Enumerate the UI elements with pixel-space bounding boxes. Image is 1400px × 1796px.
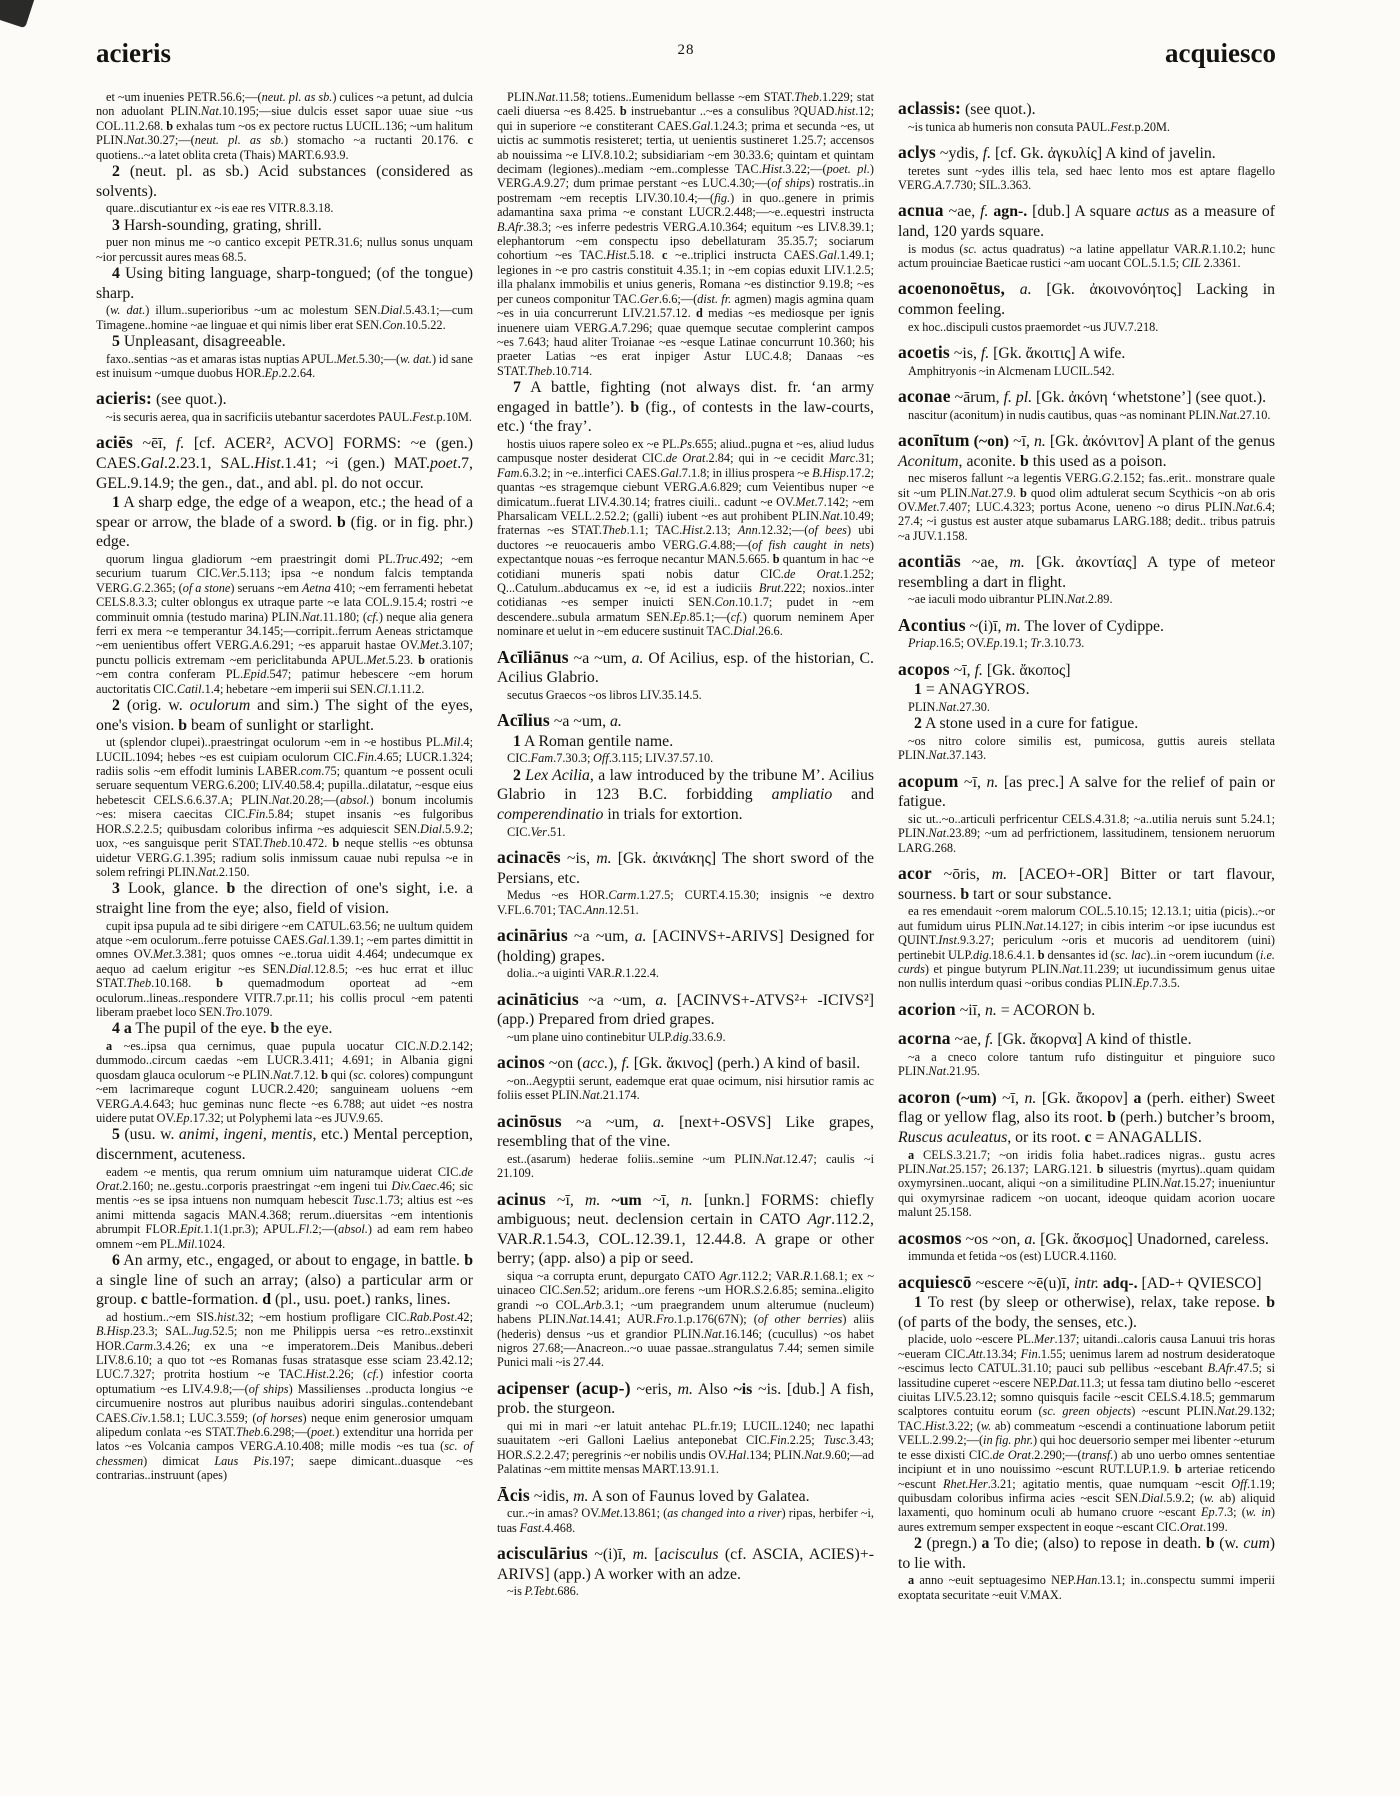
sense-number: 2 [914, 1535, 922, 1552]
sense-paragraph: 5 (usu. w. animi, ingeni, mentis, etc.) … [96, 1125, 473, 1164]
sense-paragraph: 2 (pregn.) a To die; (also) to repose in… [898, 1534, 1275, 1573]
quotation-paragraph: puer non minus me ~o cantico excepit PET… [96, 235, 473, 264]
text-columns: et ~um inuenies PETR.56.6;—(neut. pl. as… [96, 90, 1275, 1602]
quotation-paragraph: a CELS.3.21.7; ~on iridis folia habet..r… [898, 1148, 1275, 1220]
headword: Acontius [898, 615, 966, 635]
quotation-paragraph: sic ut..~o..articuli perfricentur CELS.4… [898, 812, 1275, 855]
headword: Acīliānus [497, 647, 569, 667]
sense-number: 2 [112, 697, 120, 714]
entry-paragraph: aciēs ~ēī, f. [cf. ACER², ACVO] FORMS: ~… [96, 433, 473, 493]
entry-paragraph: acipenser (acup-) ~eris, m. Also ~is ~is… [497, 1379, 874, 1419]
quotation-paragraph: ~os nitro colore similis est, pumicosa, … [898, 734, 1275, 763]
quotation-paragraph: cur..~in amas? OV.Met.13.861; (as change… [497, 1506, 874, 1535]
entry-paragraph: acosmos ~os ~on, a. [Gk. ἄκοσμος] Unador… [898, 1229, 1275, 1250]
entry-paragraph: acopum ~ī, n. [as prec.] A salve for the… [898, 772, 1275, 812]
headword: acorion [898, 999, 956, 1019]
entry-paragraph: acontiās ~ae, m. [Gk. ἀκοντίας] A type o… [898, 552, 1275, 592]
sense-number: 2 [914, 715, 922, 732]
quotation-paragraph: dolia..~a uiginti VAR.R.1.22.4. [497, 966, 874, 980]
sense-number: 5 [112, 333, 120, 350]
sense-paragraph: 1 = ANAGYROS. [898, 680, 1275, 700]
entry-paragraph: Acīliānus ~a ~um, a. Of Acilius, esp. of… [497, 648, 874, 688]
sense-paragraph: 5 Unpleasant, disagreeable. [96, 332, 473, 352]
headword: acieris: [96, 388, 152, 408]
entry-paragraph: aclassis: (see quot.). [898, 99, 1275, 120]
quotation-paragraph: ex hoc..discipuli custos praemordet ~us … [898, 320, 1275, 334]
entry-paragraph: Acīlius ~a ~um, a. [497, 711, 874, 732]
sense-number: 4 [112, 265, 120, 282]
headword: aclys [898, 142, 936, 162]
entry-paragraph: acinārius ~a ~um, a. [ACINVS+-ARIVS] Des… [497, 926, 874, 966]
quotation-paragraph: Priap.16.5; OV.Ep.19.1; Tr.3.10.73. [898, 636, 1275, 650]
entry-paragraph: acieris: (see quot.). [96, 389, 473, 410]
quotation-paragraph: qui mi in mari ~er latuit antehac PL.fr.… [497, 1419, 874, 1477]
column: aclassis: (see quot.).~is tunica ab hume… [898, 90, 1275, 1602]
entry-paragraph: acinacēs ~is, m. [Gk. ἀκινάκης] The shor… [497, 848, 874, 888]
entry-paragraph: acquiescō ~escere ~ē(u)ī, intr. adq-. [A… [898, 1273, 1275, 1294]
sense-number: 1 [914, 1294, 922, 1311]
running-head-last-word: acquiesco [1165, 38, 1276, 69]
quotation-paragraph: ut (splendor clupei)..praestringat oculo… [96, 735, 473, 879]
sense-number: 4 [112, 1020, 120, 1037]
sense-number: 2 [513, 767, 521, 784]
quotation-paragraph: placide, uolo ~escere PL.Mer.137; uitand… [898, 1332, 1275, 1534]
quotation-paragraph: CIC.Fam.7.30.3; Off.3.115; LIV.37.57.10. [497, 751, 874, 765]
quotation-paragraph: PLIN.Nat.11.58; totiens..Eumenidum bella… [497, 90, 874, 378]
quotation-paragraph: ea res emendauit ~orem malorum COL.5.10.… [898, 904, 1275, 990]
entry-paragraph: acoenonoētus, a. [Gk. ἀκοινονόητος] Lack… [898, 279, 1275, 319]
entry-paragraph: acorion ~iī, n. = ACORON b. [898, 1000, 1275, 1021]
quotation-paragraph: nascitur (aconitum) in nudis cautibus, q… [898, 408, 1275, 422]
headword: acinos [497, 1052, 545, 1072]
headword: acinōsus [497, 1111, 562, 1131]
entry-paragraph: aconītum (~on) ~ī, n. [Gk. ἀκόνιτον] A p… [898, 431, 1275, 471]
sense-paragraph: 2 A stone used in a cure for fatigue. [898, 714, 1275, 734]
quotation-paragraph: PLIN.Nat.27.30. [898, 700, 1275, 714]
headword: acinacēs [497, 847, 561, 867]
sense-number: 7 [513, 379, 521, 396]
sense-paragraph: 2 (orig. w. oculorum and sim.) The sight… [96, 696, 473, 735]
quotation-paragraph: nec miseros fallunt ~a legentis VERG.G.2… [898, 471, 1275, 543]
headword: acopos [898, 659, 950, 679]
quotation-paragraph: (w. dat.) illum..superioribus ~um ac mol… [96, 303, 473, 332]
quotation-paragraph: a ~es..ipsa qua cernimus, quae pupula uo… [96, 1039, 473, 1125]
headword: acnua [898, 200, 944, 220]
quotation-paragraph: Medus ~es HOR.Carm.1.27.5; CURT.4.15.30;… [497, 888, 874, 917]
quotation-paragraph: secutus Graecos ~os libros LIV.35.14.5. [497, 688, 874, 702]
quotation-paragraph: siqua ~a corrupta erunt, depurgato CATO … [497, 1269, 874, 1370]
sense-paragraph: 2 Lex Acilia, a law introduced by the tr… [497, 766, 874, 825]
headword: acquiescō [898, 1272, 972, 1292]
sense-paragraph: 1 To rest (by sleep or otherwise), relax… [898, 1293, 1275, 1332]
headword: acinārius [497, 925, 568, 945]
quotation-paragraph: ~is P.Tebt.686. [497, 1584, 874, 1598]
entry-paragraph: acinōsus ~a ~um, a. [next+-OSVS] Like gr… [497, 1112, 874, 1152]
headword: acoron [898, 1087, 950, 1107]
headword: acopum [898, 771, 959, 791]
quotation-paragraph: quare..discutiantur ex ~is eae res VITR.… [96, 201, 473, 215]
sense-paragraph: 4 Using biting language, sharp-tongued; … [96, 264, 473, 303]
entry-paragraph: Acontius ~(i)ī, m. The lover of Cydippe. [898, 616, 1275, 637]
headword: acipenser (acup-) [497, 1378, 631, 1398]
quotation-paragraph: cupit ipsa pupula ad te sibi dirigere ~e… [96, 919, 473, 1020]
sense-paragraph: 1 A Roman gentile name. [497, 732, 874, 752]
entry-paragraph: acisculārius ~(i)ī, m. [acisculus (cf. A… [497, 1544, 874, 1584]
headword: acisculārius [497, 1543, 588, 1563]
sense-number: 5 [112, 1126, 120, 1143]
quotation-paragraph: hostis uiuos rapere soleo ex ~e PL.Ps.65… [497, 437, 874, 639]
sense-number: 1 [914, 681, 922, 698]
headword: aconae [898, 386, 951, 406]
dictionary-page: acieris 28 acquiesco et ~um inuenies PET… [0, 0, 1400, 1796]
scan-artifact [0, 0, 37, 28]
headword: aconītum [898, 430, 970, 450]
sense-number: 6 [112, 1252, 120, 1269]
entry-paragraph: acopos ~ī, f. [Gk. ἄκοπος] [898, 660, 1275, 681]
running-head-first-word: acieris [96, 38, 171, 69]
quotation-paragraph: Amphitryonis ~in Alcmenam LUCIL.542. [898, 364, 1275, 378]
entry-paragraph: acoron (~um) ~ī, n. [Gk. ἄκορον] a (perh… [898, 1088, 1275, 1148]
headword: acor [898, 863, 932, 883]
sense-number: 3 [112, 217, 120, 234]
quotation-paragraph: et ~um inuenies PETR.56.6;—(neut. pl. as… [96, 90, 473, 162]
entry-paragraph: acinos ~on (acc.), f. [Gk. ἄκινος] (perh… [497, 1053, 874, 1074]
headword: Ācis [497, 1485, 530, 1505]
sense-number: 2 [112, 163, 120, 180]
quotation-paragraph: ~ae iaculi modo uibrantur PLIN.Nat.2.89. [898, 592, 1275, 606]
quotation-paragraph: is modus (sc. actus quadratus) ~a latine… [898, 242, 1275, 271]
sense-number: 1 [513, 733, 521, 750]
entry-paragraph: acor ~ōris, m. [ACEO+-OR] Bitter or tart… [898, 864, 1275, 904]
sense-number: 1 [112, 494, 120, 511]
sense-number: 3 [112, 880, 120, 897]
sense-paragraph: 3 Harsh-sounding, grating, shrill. [96, 216, 473, 236]
page-number: 28 [678, 42, 695, 59]
quotation-paragraph: faxo..sentias ~as et amaras istas nuptia… [96, 352, 473, 381]
running-head: acieris 28 acquiesco [96, 38, 1276, 74]
headword: aciēs [96, 432, 133, 452]
quotation-paragraph: immunda et fetida ~os (est) LUCR.4.1160. [898, 1249, 1275, 1263]
entry-paragraph: acinus ~ī, m. ~um ~ī, n. [unkn.] FORMS: … [497, 1190, 874, 1269]
quotation-paragraph: ~on..Aegyptii serunt, eademque erat quae… [497, 1074, 874, 1103]
sense-paragraph: 2 (neut. pl. as sb.) Acid substances (co… [96, 162, 473, 201]
entry-paragraph: aconae ~ārum, f. pl. [Gk. ἀκόνη ‘whetsto… [898, 387, 1275, 408]
sense-paragraph: 1 A sharp edge, the edge of a weapon, et… [96, 493, 473, 552]
quotation-paragraph: ~is tunica ab humeris non consuta PAUL.F… [898, 120, 1275, 134]
entry-paragraph: acināticius ~a ~um, a. [ACINVS+-ATVS²+ -… [497, 990, 874, 1030]
headword: acināticius [497, 989, 579, 1009]
quotation-paragraph: CIC.Ver.51. [497, 825, 874, 839]
column: PLIN.Nat.11.58; totiens..Eumenidum bella… [497, 90, 874, 1602]
entry-paragraph: acnua ~ae, f. agn-. [dub.] A square actu… [898, 201, 1275, 241]
headword: Acīlius [497, 710, 550, 730]
headword: acinus [497, 1189, 546, 1209]
sense-paragraph: 6 An army, etc., engaged, or about to en… [96, 1251, 473, 1310]
entry-paragraph: acoetis ~is, f. [Gk. ἄκοιτις] A wife. [898, 343, 1275, 364]
quotation-paragraph: quorum lingua gladiorum ~em praestringit… [96, 552, 473, 696]
quotation-paragraph: teretes sunt ~ydes illis tela, sed haec … [898, 164, 1275, 193]
column: et ~um inuenies PETR.56.6;—(neut. pl. as… [96, 90, 473, 1602]
quotation-paragraph: est..(asarum) hederae foliis..semine ~um… [497, 1152, 874, 1181]
quotation-paragraph: eadem ~e mentis, qua rerum omnium uim na… [96, 1165, 473, 1251]
quotation-paragraph: a anno ~euit septuagesimo NEP.Han.13.1; … [898, 1573, 1275, 1602]
quotation-paragraph: ~a a cneco colore tantum rufo distinguit… [898, 1050, 1275, 1079]
quotation-paragraph: ad hostium..~em SIS.hist.32; ~em hostium… [96, 1310, 473, 1483]
headword: acoenonoētus, [898, 278, 1005, 298]
headword: acontiās [898, 551, 961, 571]
entry-paragraph: aclys ~ydis, f. [cf. Gk. ἀγκυλίς] A kind… [898, 143, 1275, 164]
headword: aclassis: [898, 98, 961, 118]
headword: acosmos [898, 1228, 962, 1248]
headword: acorna [898, 1028, 951, 1048]
sense-paragraph: 4 a The pupil of the eye. b the eye. [96, 1019, 473, 1039]
quotation-paragraph: ~is securis aerea, qua in sacrificiis ut… [96, 410, 473, 424]
entry-paragraph: acorna ~ae, f. [Gk. ἄκορνα] A kind of th… [898, 1029, 1275, 1050]
quotation-paragraph: ~um plane uino continebitur ULP.dig.33.6… [497, 1030, 874, 1044]
sense-paragraph: 7 A battle, fighting (not always dist. f… [497, 378, 874, 437]
headword: acoetis [898, 342, 950, 362]
sense-paragraph: 3 Look, glance. b the direction of one's… [96, 879, 473, 918]
entry-paragraph: Ācis ~idis, m. A son of Faunus loved by … [497, 1486, 874, 1507]
